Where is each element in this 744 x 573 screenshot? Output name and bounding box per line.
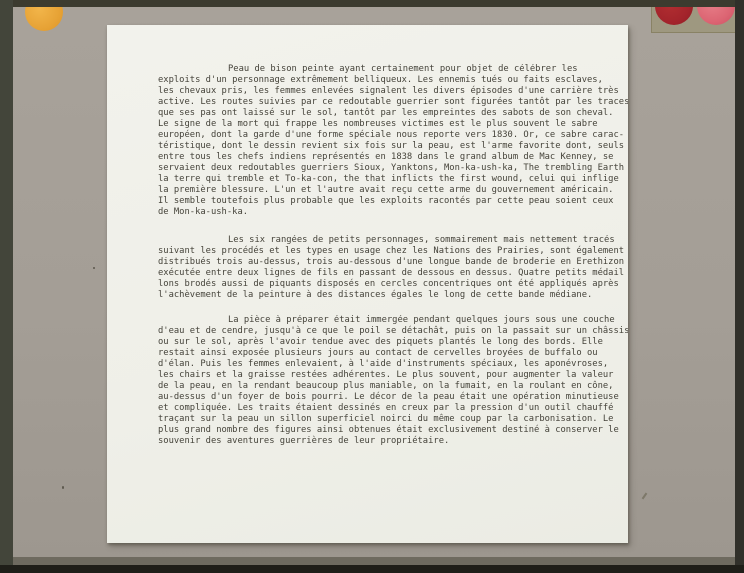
scratch-mark [642, 493, 648, 500]
typewritten-text: Peau de bison peinte ayant certainement … [158, 64, 628, 447]
mounting-card: Peau de bison peinte ayant certainement … [13, 7, 735, 557]
backing-board-top-edge [0, 0, 744, 7]
dust-speck [62, 486, 64, 489]
paragraph-1: Peau de bison peinte ayant certainement … [158, 64, 628, 218]
scanned-document: Peau de bison peinte ayant certainement … [0, 0, 744, 573]
backing-board-left-edge [0, 0, 13, 573]
paragraph-3: La pièce à préparer était immergée penda… [158, 315, 628, 447]
document-page: Peau de bison peinte ayant certainement … [107, 25, 628, 543]
backing-board-right-edge [735, 0, 744, 573]
mat-drop-shadow [13, 557, 735, 565]
backing-board-bottom-edge [0, 565, 744, 573]
dust-speck [93, 267, 95, 269]
paragraph-2: Les six rangées de petits personnages, s… [158, 235, 628, 301]
yellow-dot-sticker [25, 7, 63, 31]
